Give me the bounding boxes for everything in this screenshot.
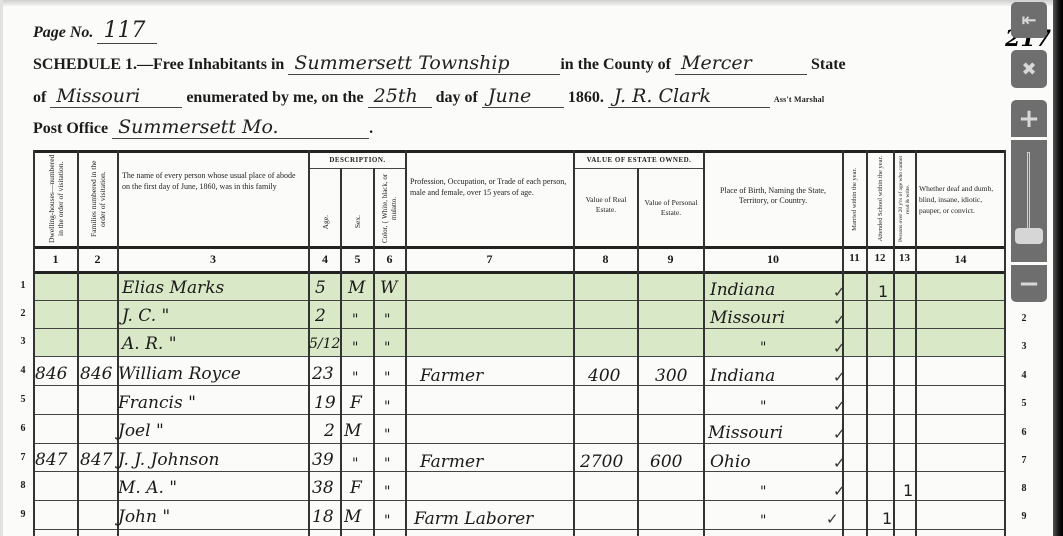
row-number: 2 [16,308,30,319]
header-value-group: Value of Estate Owned. [574,152,704,168]
column-number: 6 [374,252,405,267]
year: 1860. [568,89,604,106]
cell-color: " [384,425,390,445]
cell-name: William Royce [118,364,241,384]
page-right-edge [1053,0,1063,536]
row-number: 8 [16,480,30,491]
cell-occupation: Farm Laborer [414,509,533,529]
header-cannot-read: Persons over 20 y'rs of age who cannot r… [894,152,915,246]
row-number: 3 [16,336,30,347]
cell-birthplace: " [760,482,766,502]
post-office-line: Post Office Summersett Mo.. [33,116,373,139]
census-page-image: Page No. 117 SCHEDULE 1.—Free Inhabitant… [0,0,1063,536]
header-description-group: Description. [309,152,406,168]
page-top-edge [0,0,1063,6]
cell-color: " [384,511,390,531]
row-number-right: 4 [1017,370,1031,381]
row-number: 6 [16,423,30,434]
cell-check: ✓ [833,454,846,472]
cell-dwelling: 846 [35,364,67,384]
cell-sex: " [352,310,358,330]
column-number: 5 [342,252,373,267]
row-number-right: 7 [1017,455,1031,466]
column-number: 11 [843,252,866,264]
day: 25th [368,85,432,108]
month: June [482,85,564,108]
cell-sex: F [350,478,362,498]
cell-name: J. C. " [122,306,169,326]
cell-personal-estate: 600 [650,452,682,472]
cell-birthplace: Missouri [710,308,785,328]
zoom-slider[interactable] [1011,140,1047,262]
cell-cannot-read: 1 [903,481,913,500]
header-married: Married within the year. [843,152,866,246]
column-number: 2 [78,252,117,267]
row-number-right: 9 [1017,511,1031,522]
cell-sex: " [352,368,358,388]
column-number: 7 [406,252,573,267]
collapse-panel-button[interactable]: ⇤ [1011,2,1047,38]
cell-name: Elias Marks [122,278,224,298]
minus-icon: − [1018,269,1040,299]
cell-birthplace: Missouri [708,423,783,443]
cell-color: " [384,482,390,502]
cell-name: John " [118,507,170,527]
cell-sex: M [348,278,365,298]
cell-real-estate: 2700 [580,452,623,472]
cell-sex: M [344,507,361,527]
cell-age: 2 [315,306,326,326]
page-left-edge [0,0,3,536]
cell-age: 2 [324,421,335,441]
header-birthplace: Place of Birth, Naming the State, Territ… [706,176,840,216]
header-sex: Sex. [342,200,373,244]
cell-age: 19 [314,393,336,413]
county-label: in the County of [560,56,671,73]
state-name: Missouri [50,85,182,108]
row-number-right: 5 [1017,398,1031,409]
column-number: 9 [638,252,703,267]
row-number: 9 [16,509,30,520]
cell-school: 1 [878,282,888,301]
row-number-right: 2 [1017,313,1031,324]
row-number-right: 8 [1017,483,1031,494]
cell-check: ✓ [833,397,846,415]
header-dwelling: Dwelling-houses—numbered in the order of… [34,152,77,246]
post-office-label: Post Office [33,120,108,137]
row-number: 1 [16,280,30,291]
cell-age: 23 [312,364,334,384]
cell-name: J. J. Johnson [118,450,219,470]
cell-check: ✓ [833,283,846,301]
cell-sex: " [352,454,358,474]
post-office-period: . [369,120,373,137]
header-family: Families numbered in the order of visita… [78,152,117,246]
column-number: 12 [867,252,893,264]
cell-sex: " [352,338,358,358]
cell-color: W [380,278,397,298]
cell-sex: M [344,421,361,441]
cell-check: ✓ [826,510,839,528]
header-school: Attended School within the year. [867,152,893,246]
cell-family: 847 [80,450,112,470]
cell-age: 5/12 [309,334,340,354]
column-number: 8 [574,252,637,267]
header-name: The name of every person whose usual pla… [122,170,302,220]
tools-button[interactable]: ✖ [1011,50,1047,88]
cell-occupation: Farmer [420,452,483,472]
plus-icon: + [1018,104,1040,134]
of-label: of [33,89,46,106]
cell-check: ✓ [833,425,846,443]
cell-color: " [384,338,390,358]
collapse-arrow-icon: ⇤ [1021,10,1036,31]
cell-age: 39 [312,450,334,470]
cell-check: ✓ [833,311,846,329]
day-of-label: day of [436,89,478,106]
row-number-right: 6 [1017,427,1031,438]
tools-icon: ✖ [1021,59,1036,80]
enumeration-line: of Missouri enumerated by me, on the 25t… [33,85,824,108]
state-label: State [811,56,846,73]
schedule-title: SCHEDULE 1.—Free Inhabitants in [33,56,284,73]
cell-color: " [384,368,390,388]
header-personal-estate: Value of Personal Estate. [640,185,702,230]
marshal-label: Ass't Marshal [774,95,824,104]
row-number-right: 3 [1017,341,1031,352]
cell-check: ✓ [833,482,846,500]
cell-color: " [384,310,390,330]
cell-personal-estate: 300 [655,366,687,386]
cell-birthplace: " [760,511,766,531]
column-number: 4 [309,252,341,267]
cell-age: 38 [312,478,334,498]
row-number: 5 [16,394,30,405]
cell-age: 5 [315,278,326,298]
cell-occupation: Farmer [420,366,483,386]
header-age: Age. [309,200,341,244]
cell-color: " [384,397,390,417]
row-number: 4 [16,365,30,376]
page-label: Page No. [33,24,93,41]
cell-sex: F [350,393,362,413]
cell-name: M. A. " [118,478,177,498]
cell-birthplace: " [760,397,766,417]
cell-family: 846 [80,364,112,384]
column-number: 13 [894,252,915,264]
enumerated-label: enumerated by me, on the [186,89,363,106]
column-number: 10 [704,252,842,267]
page-number-line: Page No. 117 [33,18,157,44]
header-occupation: Profession, Occupation, or Trade of each… [410,176,570,216]
cell-age: 18 [312,507,334,527]
page-number: 117 [97,18,157,44]
zoom-slider-thumb[interactable] [1015,228,1043,244]
schedule-line: SCHEDULE 1.—Free Inhabitants in Summerse… [33,52,846,75]
township: Summersett Township [288,52,560,75]
row-number: 7 [16,452,30,463]
cell-color: " [384,454,390,474]
header-color: Color, { White, black, or mulatto. [374,170,405,246]
cell-check: ✓ [833,339,846,357]
column-number: 3 [118,252,308,267]
cell-name: A. R. " [122,334,177,354]
header-real-estate: Value of Real Estate. [576,185,636,225]
column-number: 1 [34,252,77,267]
cell-birthplace: Indiana [710,366,775,386]
cell-name: Francis " [118,393,196,413]
cell-birthplace: " [760,338,766,358]
cell-real-estate: 400 [588,366,620,386]
zoom-out-button[interactable]: − [1011,265,1047,302]
header-condition: Whether deaf and dumb, blind, insane, id… [919,172,1003,226]
cell-check: ✓ [833,368,846,386]
cell-birthplace: Indiana [710,280,775,300]
county: Mercer [675,52,807,75]
cell-dwelling: 847 [35,450,67,470]
cell-name: Joel " [118,421,164,441]
cell-birthplace: Ohio [710,452,751,472]
column-number: 14 [916,252,1005,267]
cell-school: 1 [882,509,892,528]
zoom-in-button[interactable]: + [1011,100,1047,137]
post-office: Summersett Mo. [112,116,369,139]
marshal-name: J. R. Clark [608,85,770,108]
